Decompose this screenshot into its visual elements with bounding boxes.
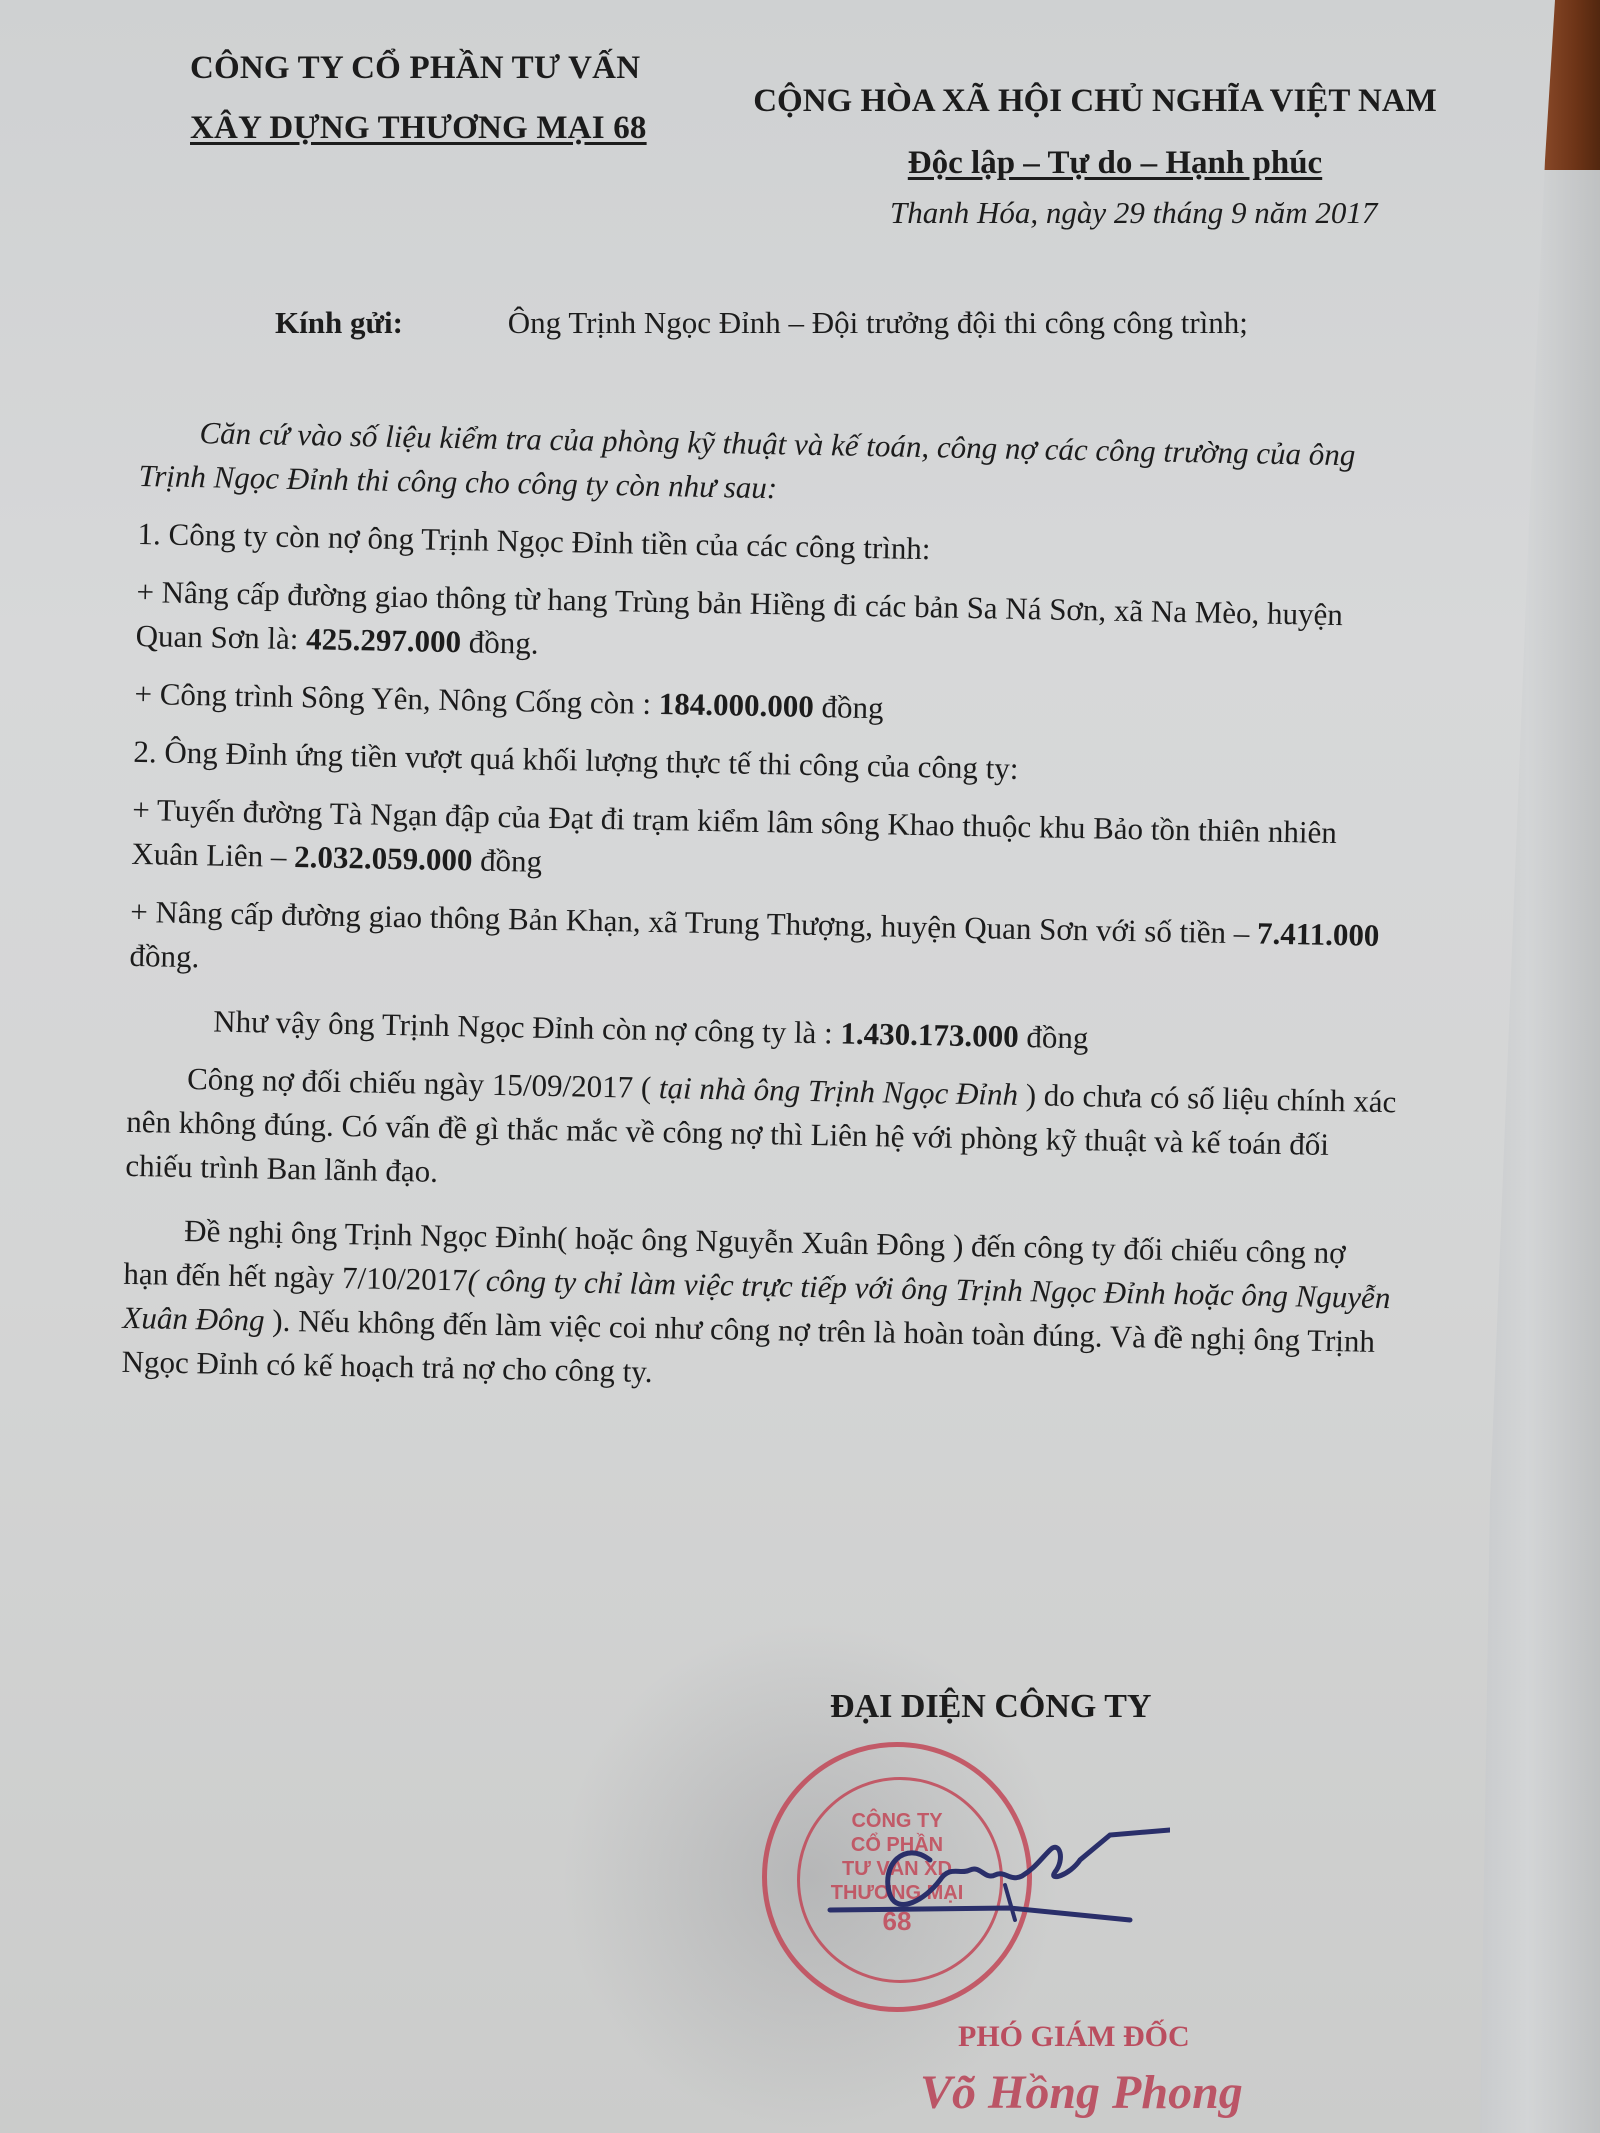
section2-heading: 2. Ông Đỉnh ứng tiền vượt quá khối lượng… [133,730,1404,798]
signer-name: Võ Hồng Phong [920,2065,1243,2120]
summary-suffix: đồng [1018,1019,1088,1055]
summary-amount: 1.430.173.000 [840,1016,1019,1054]
section1-item: + Công trình Sông Yên, Nông Cống còn : 1… [134,672,1405,740]
letter-body: Căn cứ vào số liệu kiểm tra của phòng kỹ… [121,410,1410,1422]
summary-line: Như vậy ông Trịnh Ngọc Đỉnh còn nợ công … [128,998,1399,1066]
salutation: Kính gửi: Ông Trịnh Ngọc Đỉnh – Đội trưở… [275,305,1248,341]
section2-item: + Nâng cấp đường giao thông Bản Khạn, xã… [129,890,1400,1002]
national-motto: Độc lập – Tự do – Hạnh phúc [908,145,1322,181]
company-name-line2: XÂY DỰNG THƯƠNG MẠI 68 [190,98,710,158]
item-suffix: đồng [472,842,542,878]
item-amount: 425.297.000 [306,621,462,659]
salutation-label: Kính gửi: [275,305,500,341]
reconcile-paragraph: Công nợ đối chiếu ngày 15/09/2017 ( tại … [125,1056,1397,1212]
national-header: CỘNG HÒA XÃ HỘI CHỦ NGHĨA VIỆT NAM Độc l… [715,70,1475,194]
section2-item: + Tuyến đường Tà Ngạn đập của Đạt đi trạ… [131,788,1402,900]
item-suffix: đồng. [461,624,539,660]
item-amount: 184.000.000 [659,686,815,724]
letter-page: CÔNG TY CỔ PHẦN TƯ VẤN XÂY DỰNG THƯƠNG M… [0,0,1560,2133]
place-date: Thanh Hóa, ngày 29 tháng 9 năm 2017 [890,195,1377,231]
company-header: CÔNG TY CỔ PHẦN TƯ VẤN XÂY DỰNG THƯƠNG M… [190,38,710,158]
request-text-end: ). Nếu không đến làm việc coi như công n… [121,1303,1375,1389]
salutation-recipient: Ông Trịnh Ngọc Đỉnh – Đội trưởng đội thi… [508,305,1248,340]
handwritten-signature-icon [810,1790,1170,1940]
intro-paragraph: Căn cứ vào số liệu kiểm tra của phòng kỹ… [138,410,1409,522]
summary-text: Như vậy ông Trịnh Ngọc Đỉnh còn nợ công … [213,1004,841,1051]
item-text: + Nâng cấp đường giao thông Bản Khạn, xã… [130,894,1257,951]
item-text: + Công trình Sông Yên, Nông Cống còn : [134,676,659,721]
reconcile-text: Công nợ đối chiếu ngày 15/09/2017 ( [187,1061,659,1105]
nation-title: CỘNG HÒA XÃ HỘI CHỦ NGHĨA VIỆT NAM [715,70,1475,132]
signature-block: ĐẠI DIỆN CÔNG TY CÔNG TY CỔ PHẦN TƯ VẤN … [720,1680,1240,2133]
section1-item: + Nâng cấp đường giao thông từ hang Trùn… [135,570,1406,682]
item-amount: 7.411.000 [1257,916,1380,953]
section1-heading: 1. Công ty còn nợ ông Trịnh Ngọc Đỉnh ti… [137,512,1408,580]
signer-role: PHÓ GIÁM ĐỐC [958,2020,1190,2054]
item-suffix: đồng [813,689,883,725]
signature-title: ĐẠI DIỆN CÔNG TY [830,1688,1151,1726]
item-suffix: đồng. [129,938,199,974]
request-paragraph: Đề nghị ông Trịnh Ngọc Đỉnh( hoặc ông Ng… [121,1208,1394,1408]
reconcile-italic: tại nhà ông Trịnh Ngọc Đỉnh [659,1070,1019,1112]
company-name-line1: CÔNG TY CỔ PHẦN TƯ VẤN [190,38,710,98]
item-amount: 2.032.059.000 [294,839,473,877]
